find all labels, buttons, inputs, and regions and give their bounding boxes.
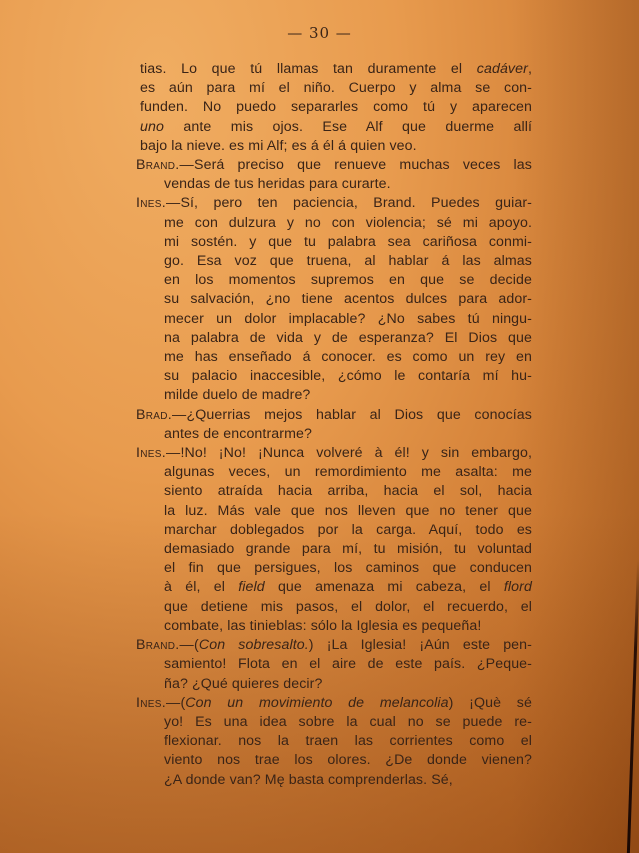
italic-term: field <box>238 579 265 595</box>
italic-term: Con sobresalto. <box>199 637 309 653</box>
text-line: demasiado grande para mí, tu misión, tu … <box>140 540 532 559</box>
text-line: na palabra de vida y de esperanza? El Di… <box>140 329 532 348</box>
text-line: es aún para mí el niño. Cuerpo y alma se… <box>140 79 532 98</box>
text-line: viento nos trae los olores. ¿De donde vi… <box>140 751 532 770</box>
speaker-name: Brand.— <box>136 637 194 653</box>
page-body-text: tias. Lo que tú llamas tan duramente el … <box>140 60 532 790</box>
text-line: mi sostén. y que tu palabra sea cariñosa… <box>140 233 532 252</box>
text-line: antes de encontrarme? <box>140 425 532 444</box>
text-line: ña? ¿Qué quieres decir? <box>140 675 532 694</box>
text-line: combate, las tinieblas: sólo la Iglesia … <box>140 617 532 636</box>
speaker-name: Ines.— <box>136 195 180 211</box>
text-line: su salvación, ¿no tiene acentos dulces p… <box>140 290 532 309</box>
text-line: bajo la nieve. es mi Alf; es á él á quie… <box>140 137 532 156</box>
text-line: Brad.—¿Querrias mejos hablar al Dios que… <box>136 406 532 425</box>
text-line: Brand.—Será preciso que renueve muchas v… <box>136 156 532 175</box>
text-line: Ines.—(Con un movimiento de melancolia) … <box>136 694 532 713</box>
dialogue-speech: Brad.—¿Querrias mejos hablar al Dios que… <box>140 406 532 444</box>
text-line: go. Esa voz que truena, al hablar á las … <box>140 252 532 271</box>
dialogue-speech: Ines.—!No! ¡No! ¡Nunca volveré à él! y s… <box>140 444 532 636</box>
text-line: ¿A donde van? Mę basta comprenderlas. Sé… <box>140 771 532 790</box>
text-line: me has enseñado á conocer. es como un re… <box>140 348 532 367</box>
text-line: samiento! Flota en el aire de este país.… <box>140 655 532 674</box>
text-line: mecer un dolor implacable? ¿No sabes tú … <box>140 310 532 329</box>
text-line: el fin que persigues, los caminos que co… <box>140 559 532 578</box>
speaker-name: Ines.— <box>136 445 180 461</box>
text-line: en los momentos supremos en que se decid… <box>140 271 532 290</box>
text-line: siento atraída hacia arriba, hacia el so… <box>140 482 532 501</box>
text-line: la luz. Más vale que nos lleven que no t… <box>140 502 532 521</box>
text-line: vendas de tus heridas para curarte. <box>140 175 532 194</box>
text-line: Ines.—!No! ¡No! ¡Nunca volveré à él! y s… <box>136 444 532 463</box>
continued-speech: tias. Lo que tú llamas tan duramente el … <box>140 60 532 156</box>
text-line: funden. No puedo separarles como tú y ap… <box>140 98 532 117</box>
italic-term: cadáver <box>477 61 528 77</box>
text-line: yo! Es una idea sobre la cual no se pued… <box>140 713 532 732</box>
book-page-edge <box>627 560 639 853</box>
text-line: algunas veces, un remordimiento me asalt… <box>140 463 532 482</box>
text-line: flexionar. nos la traen las corrientes c… <box>140 732 532 751</box>
text-line: marchar doblegados por la carga. Aquí, t… <box>140 521 532 540</box>
italic-term: uno <box>140 119 164 135</box>
text-line: milde duelo de madre? <box>140 386 532 405</box>
dialogue-speech: Brand.—Será preciso que renueve muchas v… <box>140 156 532 194</box>
text-line: Brand.—(Con sobresalto.) ¡La Iglesia! ¡A… <box>136 636 532 655</box>
dialogue-speech: Ines.—(Con un movimiento de melancolia) … <box>140 694 532 790</box>
speaker-name: Ines.— <box>136 695 180 711</box>
italic-term: flord <box>504 579 532 595</box>
italic-term: Con un movimiento de melancolia <box>185 695 448 711</box>
speaker-name: Brad.— <box>136 407 187 423</box>
text-line: uno ante mis ojos. Ese Alf que duerme al… <box>140 118 532 137</box>
text-line: su palacio inaccesible, ¿cómo le contarí… <box>140 367 532 386</box>
dialogue-speech: Brand.—(Con sobresalto.) ¡La Iglesia! ¡A… <box>140 636 532 694</box>
text-line: que detiene mis pasos, el dolor, el recu… <box>140 598 532 617</box>
page-number: — 30 — <box>0 24 639 42</box>
text-line: à él, el field que amenaza mi cabeza, el… <box>140 578 532 597</box>
text-line: me con dulzura y no con violencia; sé mi… <box>140 214 532 233</box>
dialogue-speech: Ines.—Sí, pero ten paciencia, Brand. Pue… <box>140 194 532 405</box>
speaker-name: Brand.— <box>136 157 194 173</box>
text-line: tias. Lo que tú llamas tan duramente el … <box>140 60 532 79</box>
text-line: Ines.—Sí, pero ten paciencia, Brand. Pue… <box>136 194 532 213</box>
